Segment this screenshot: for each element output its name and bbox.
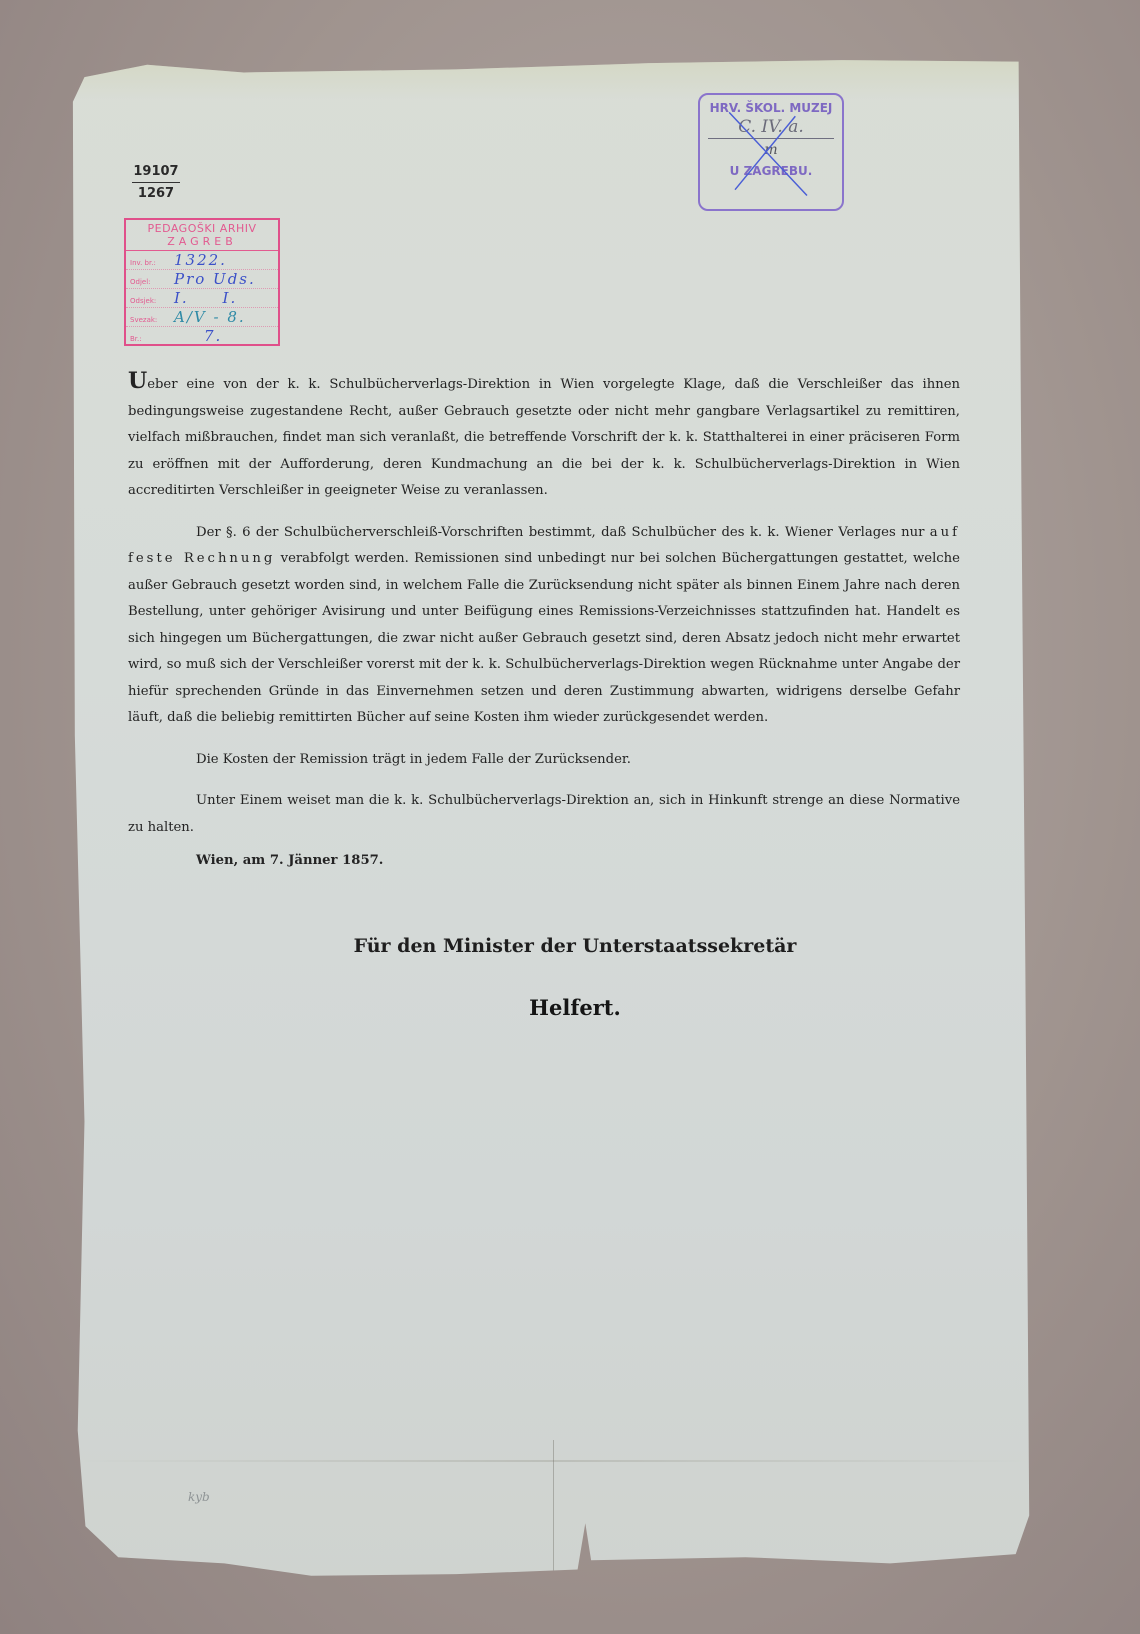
archive-stamp-value: 7. [174,327,222,345]
archive-stamp-value: Pro Uds. [174,270,256,288]
paragraph-text: Die Kosten der Remission trägt in jedem … [196,752,631,767]
paragraph-costs: Die Kosten der Remission trägt in jedem … [128,747,960,774]
file-number-bottom: 1267 [132,183,180,202]
archive-stamp-row: Odsjek: I. I. [126,289,278,308]
museum-stamp-signature: C. IV. a. [708,116,834,139]
dateline: Wien, am 7. Jänner 1857. [196,853,383,868]
paragraph-text: eber eine von der k. k. Schulbücherverla… [128,377,960,498]
museum-stamp: HRV. ŠKOL. MUZEJ C. IV. a. m U ZAGREBU. [698,93,844,211]
paper-fold [70,1460,1035,1462]
paragraph-complaint: Ueber eine von der k. k. Schulbücherverl… [128,372,960,505]
signature-line: Für den Minister der Unterstaatssekretär [0,935,1140,957]
museum-stamp-city: U ZAGREBU. [700,161,842,179]
paragraph-regulation: Der §. 6 der Schulbücherverschleiß-Vorsc… [128,520,960,732]
archive-stamp-label: Inv. br.: [130,259,174,267]
archive-stamp-label: Br.: [130,335,174,343]
drop-cap: U [128,368,147,394]
file-number-top: 19107 [132,163,180,183]
paragraph-text: verabfolgt werden. Remissionen sind unbe… [128,551,960,725]
archive-stamp-row: Inv. br.: 1322. [126,251,278,270]
archive-stamp-value: A/V - 8. [174,308,246,326]
archive-stamp: PEDAGOŠKI ARHIV ZAGREB Inv. br.: 1322. O… [124,218,280,346]
archive-stamp-value: 1322. [174,251,227,269]
document-body: Ueber eine von der k. k. Schulbücherverl… [128,372,960,856]
archive-stamp-label: Odsjek: [130,297,174,305]
archive-stamp-title: PEDAGOŠKI ARHIV [126,220,278,235]
archive-stamp-city: ZAGREB [126,235,278,251]
archive-stamp-row: Svezak: A/V - 8. [126,308,278,327]
file-number: 19107 1267 [132,163,180,202]
signature-name: Helfert. [0,995,1140,1020]
paragraph-instruction: Unter Einem weiset man die k. k. Schulbü… [128,788,960,841]
archive-stamp-label: Svezak: [130,316,174,324]
museum-stamp-number: m [700,139,842,161]
archive-stamp-label: Odjel: [130,278,174,286]
pencil-note: kyb [188,1490,210,1504]
archive-stamp-value: I. I. [174,289,237,307]
paragraph-text: Unter Einem weiset man die k. k. Schulbü… [128,793,960,835]
archive-stamp-row: Odjel: Pro Uds. [126,270,278,289]
archive-stamp-row: Br.: 7. [126,327,278,345]
museum-stamp-title: HRV. ŠKOL. MUZEJ [700,95,842,116]
paragraph-text: Der §. 6 der Schulbücherverschleiß-Vorsc… [196,525,930,540]
